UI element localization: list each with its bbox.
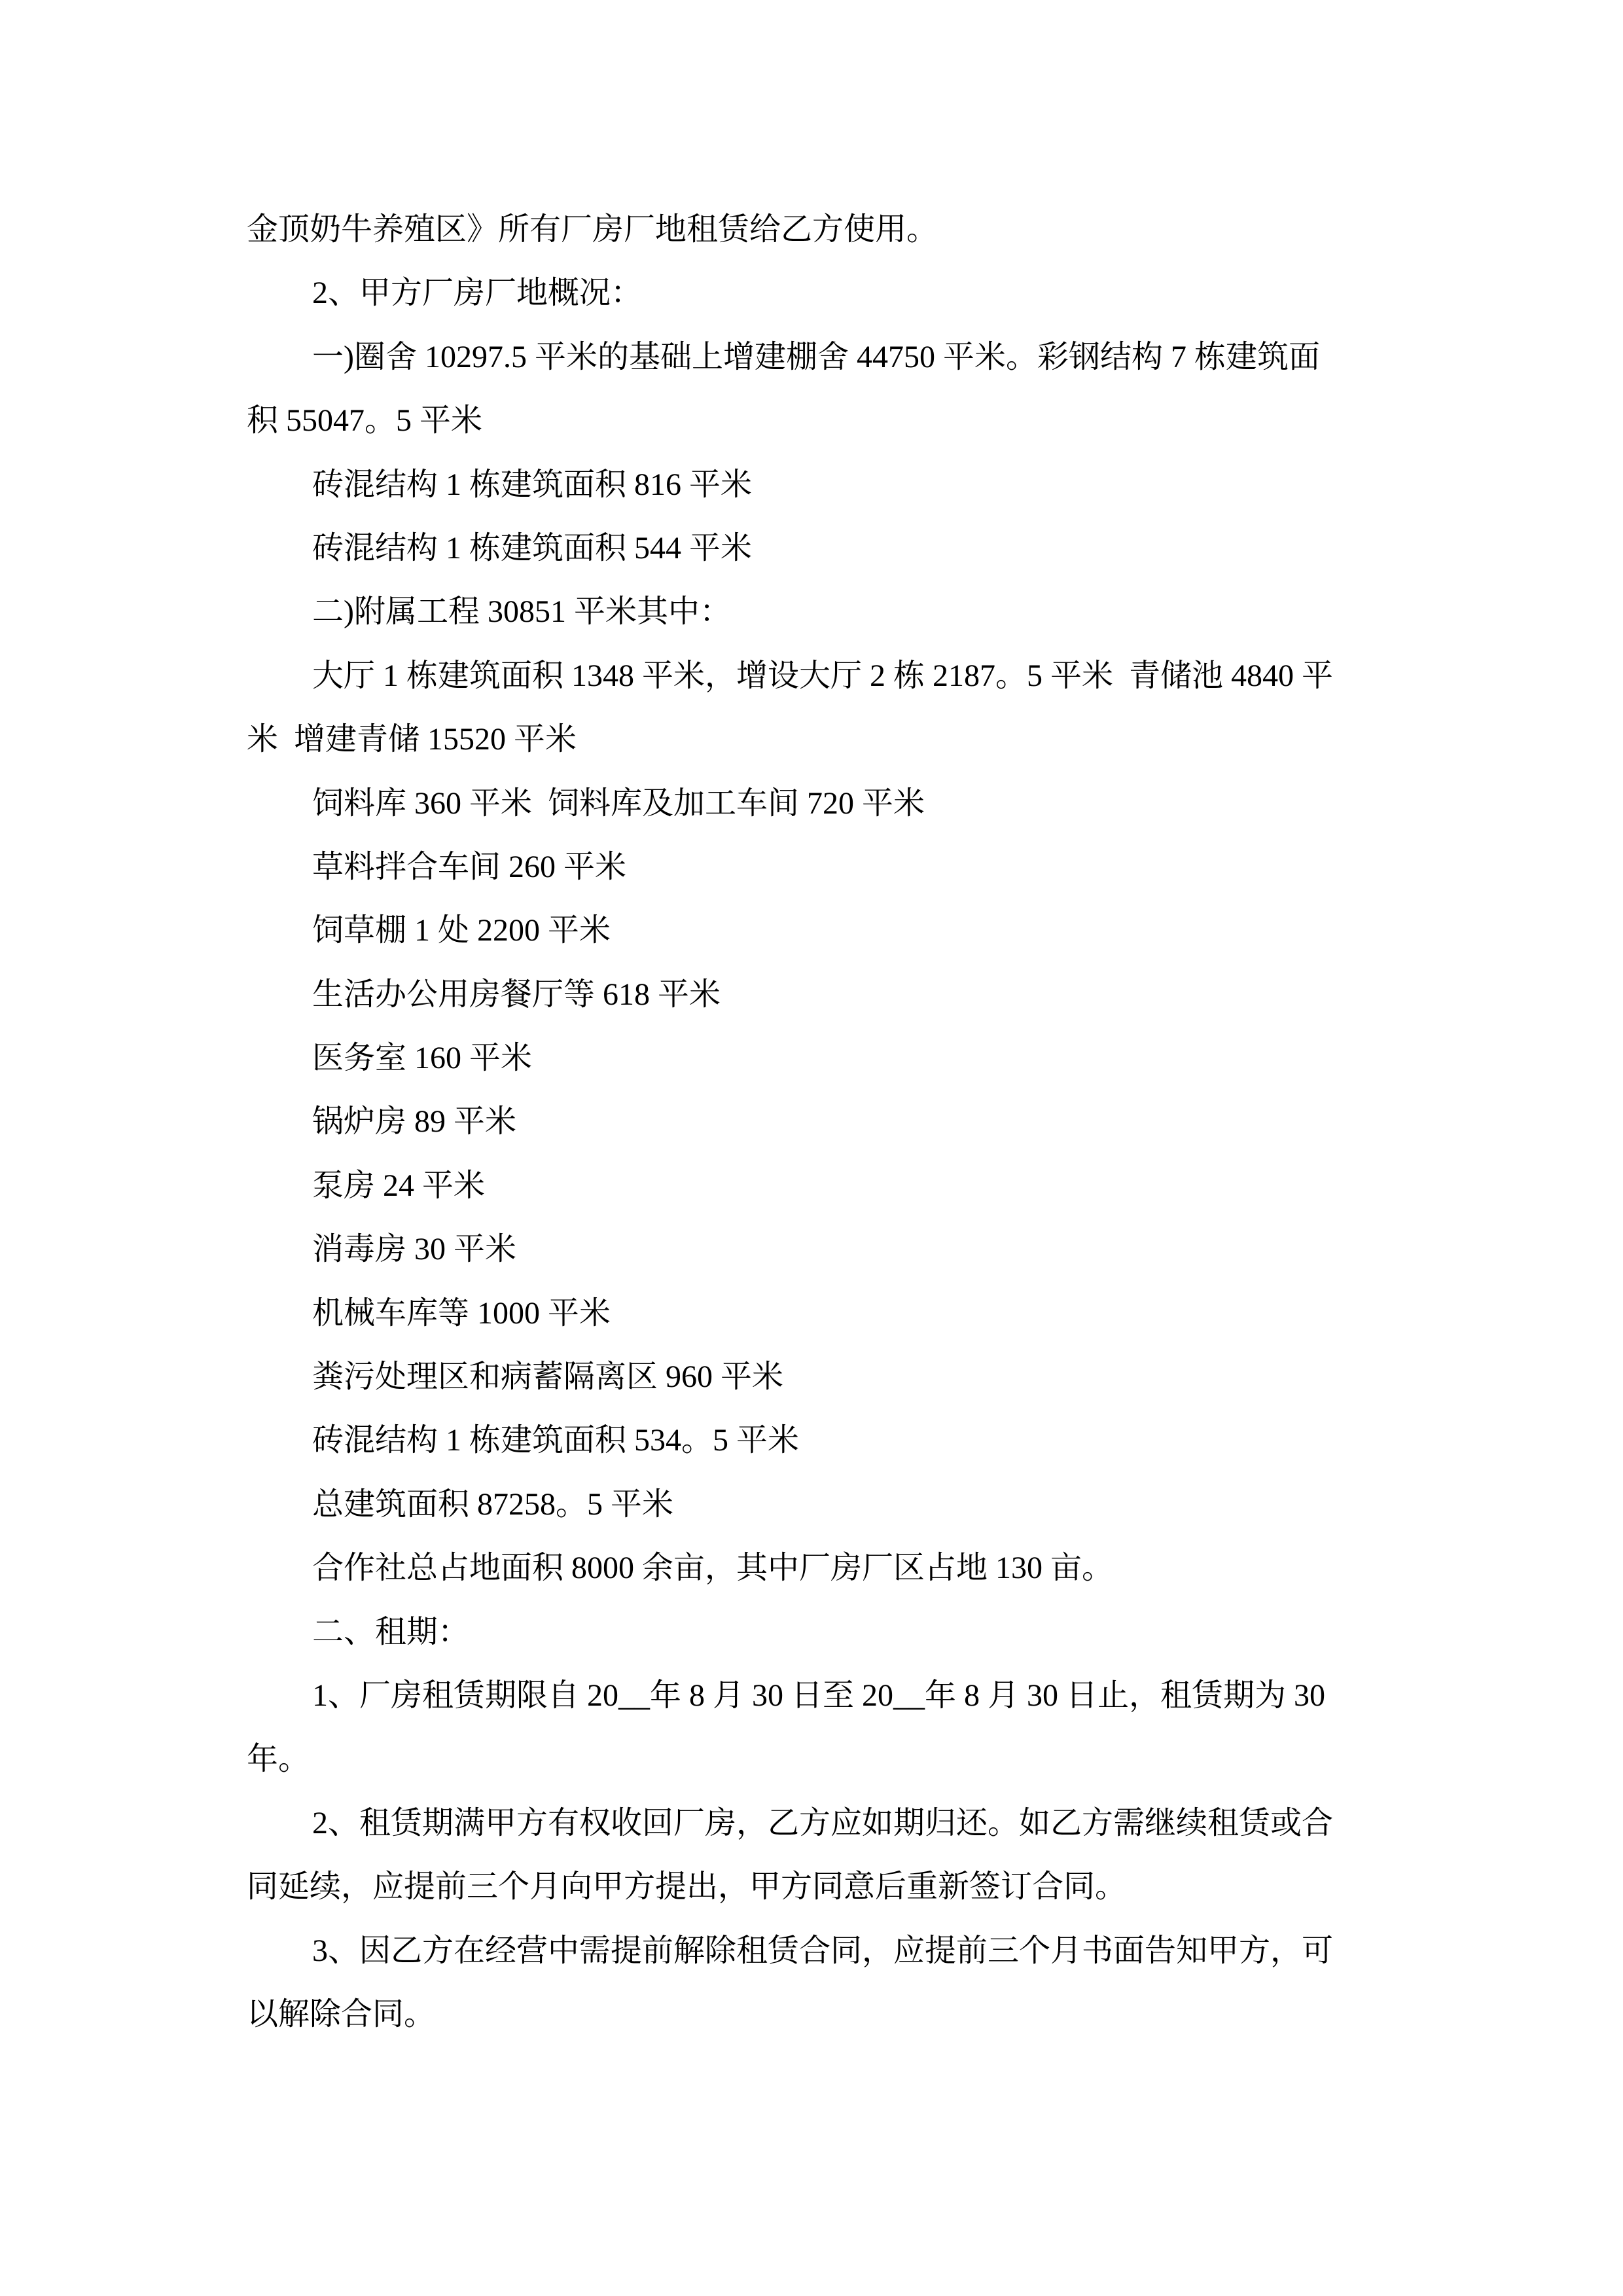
- paragraph-line-pens-area-continuation: 积 55047。5 平米: [247, 389, 1379, 452]
- list-item-forage-mixing: 草料拌合车间 260 平米: [247, 835, 1379, 899]
- list-item-forage-shed: 饲草棚 1 处 2200 平米: [247, 899, 1379, 962]
- clause-2-renewal-continuation: 同延续，应提前三个月向甲方提出，甲方同意后重新签订合同。: [247, 1855, 1379, 1918]
- section-heading-factory-overview: 2、甲方厂房厂地概况：: [247, 261, 1379, 325]
- clause-3-early-termination: 3、因乙方在经营中需提前解除租赁合同，应提前三个月书面告知甲方，可: [247, 1919, 1379, 1982]
- clause-1-lease-period-continuation: 年。: [247, 1727, 1379, 1791]
- list-item-clinic: 医务室 160 平米: [247, 1026, 1379, 1090]
- section-heading-ancillary-works: 二)附属工程 30851 平米其中：: [247, 580, 1379, 643]
- list-item-total-area: 总建筑面积 87258。5 平米: [247, 1473, 1379, 1536]
- document-body: 金顶奶牛养殖区》所有厂房厂地租赁给乙方使用。 2、甲方厂房厂地概况： 一)圈舍 …: [247, 198, 1379, 2046]
- clause-3-early-termination-continuation: 以解除合同。: [247, 1982, 1379, 2046]
- list-item-feed-storage: 饲料库 360 平米 饲料库及加工车间 720 平米: [247, 772, 1379, 835]
- paragraph-line-pens-area: 一)圈舍 10297.5 平米的基础上增建棚舍 44750 平米。彩钢结构 7 …: [247, 325, 1379, 389]
- document-page: 金顶奶牛养殖区》所有厂房厂地租赁给乙方使用。 2、甲方厂房厂地概况： 一)圈舍 …: [0, 0, 1623, 2296]
- section-heading-lease-term: 二、租期：: [247, 1600, 1379, 1664]
- paragraph-land-area: 合作社总占地面积 8000 余亩，其中厂房厂区占地 130 亩。: [247, 1536, 1379, 1600]
- list-item-boiler-room: 锅炉房 89 平米: [247, 1090, 1379, 1153]
- list-item-halls-silage-continuation: 米 增建青储 15520 平米: [247, 708, 1379, 771]
- list-item-brick-building-544: 砖混结构 1 栋建筑面积 544 平米: [247, 516, 1379, 580]
- list-item-manure-isolation: 粪污处理区和病蓄隔离区 960 平米: [247, 1345, 1379, 1408]
- paragraph-line-lease-scope-continuation: 金顶奶牛养殖区》所有厂房厂地租赁给乙方使用。: [247, 198, 1379, 261]
- list-item-halls-silage: 大厅 1 栋建筑面积 1348 平米，增设大厅 2 栋 2187。5 平米 青储…: [247, 644, 1379, 708]
- clause-1-lease-period: 1、厂房租赁期限自 20__年 8 月 30 日至 20__年 8 月 30 日…: [247, 1664, 1379, 1727]
- clause-2-renewal: 2、租赁期满甲方有权收回厂房，乙方应如期归还。如乙方需继续租赁或合: [247, 1791, 1379, 1855]
- list-item-office-canteen: 生活办公用房餐厅等 618 平米: [247, 963, 1379, 1026]
- list-item-disinfection-room: 消毒房 30 平米: [247, 1217, 1379, 1281]
- list-item-brick-building-816: 砖混结构 1 栋建筑面积 816 平米: [247, 453, 1379, 516]
- list-item-brick-building-534: 砖混结构 1 栋建筑面积 534。5 平米: [247, 1408, 1379, 1472]
- list-item-pump-room: 泵房 24 平米: [247, 1154, 1379, 1217]
- list-item-machinery-garage: 机械车库等 1000 平米: [247, 1282, 1379, 1345]
